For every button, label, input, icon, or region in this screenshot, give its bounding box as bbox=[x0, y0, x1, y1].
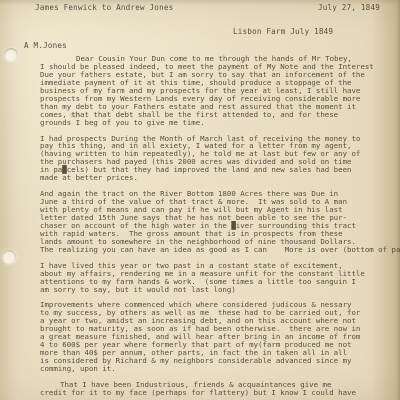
letter-line: am sorry to say, but it would not last l… bbox=[40, 286, 392, 294]
paragraph-6: That I have been Industrious, friends & … bbox=[40, 381, 392, 397]
docket-title: James Fenwick to Andrew Jones bbox=[35, 3, 173, 12]
paragraph-2: I had prospects During the Month of Marc… bbox=[40, 135, 392, 183]
docket-date: July 27, 1849 bbox=[318, 3, 380, 12]
letter-body: Dear Cousin Your Dun come to me through … bbox=[40, 55, 392, 397]
punch-hole-bottom bbox=[2, 250, 16, 264]
letter-line: comming, upon it. bbox=[40, 365, 392, 373]
letter-line: made at better prices. bbox=[40, 174, 392, 182]
paragraph-1: Dear Cousin Your Dun come to me through … bbox=[40, 55, 392, 127]
docket-row: James Fenwick to Andrew Jones July 27, 1… bbox=[35, 3, 380, 12]
letter-line: grounds I beg of you to give me time. bbox=[40, 119, 392, 127]
letter-page: James Fenwick to Andrew Jones July 27, 1… bbox=[0, 0, 400, 400]
salutation: A M.Jones bbox=[24, 41, 67, 50]
paragraph-5: Improvements where commenced which where… bbox=[40, 301, 392, 373]
letter-line: credit for it to my face (perhaps for fl… bbox=[40, 389, 392, 397]
dateline: Lisbon Farm July 1849 bbox=[233, 27, 333, 36]
punch-hole-top bbox=[4, 48, 18, 62]
paragraph-4: I have lived this year or two past in a … bbox=[40, 262, 392, 294]
paragraph-3: And again the tract on the River Bottom … bbox=[40, 190, 392, 254]
letter-line: The realizing you can have an idea as go… bbox=[40, 246, 392, 254]
